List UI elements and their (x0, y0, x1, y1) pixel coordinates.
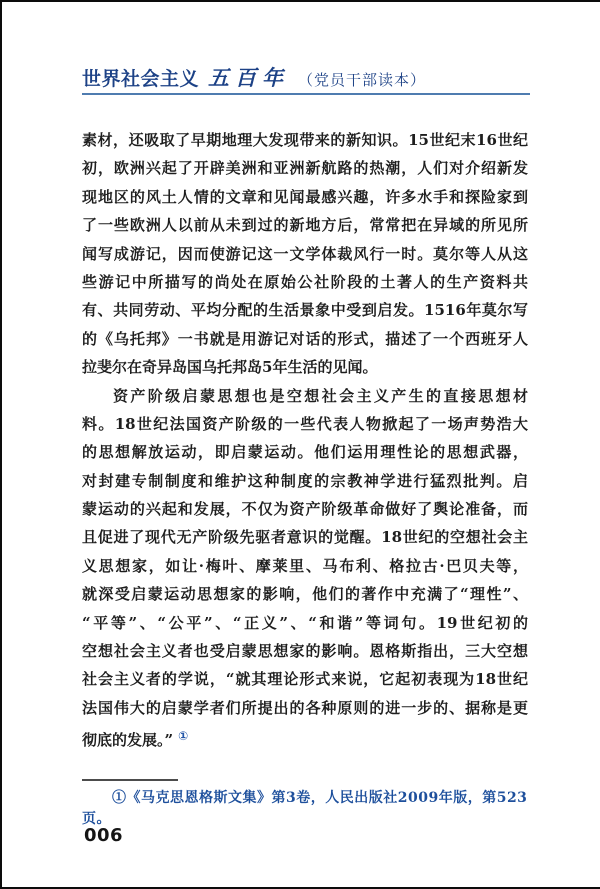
header-rule (82, 93, 530, 95)
body-line: 现地区的风土人情的文章和见闻最感兴趣，许多水手和探险家到 (82, 183, 528, 211)
body-line: 的思想解放运动，即启蒙运动。他们运用理性论的思想武器， (82, 438, 528, 466)
footnote-separator (82, 779, 178, 781)
body-line: 就深受启蒙运动思想家的影响，他们的著作中充满了“理性”、 (82, 580, 528, 608)
body-line: 初，欧洲兴起了开辟美洲和亚洲新航路的热潮，人们对介绍新发 (82, 154, 528, 182)
footnote-reference-mark: ① (178, 729, 188, 743)
book-page: 世界社会主义 五百年 （党员干部读本） 素材，还吸取了早期地理大发现带来的新知识… (0, 0, 600, 889)
body-line: 闻写成游记，因而使游记这一文学体裁风行一时。莫尔等人从这 (82, 240, 528, 268)
body-line: 了一些欧洲人以前从未到过的新地方后，常常把在异域的所见所 (82, 211, 528, 239)
header-book-title: 世界社会主义 (82, 64, 199, 91)
body-line: 彻底的发展。”① (82, 722, 528, 750)
body-line: “平等”、“公平”、“正义”、“和谐”等词句。19世纪初的 (82, 609, 528, 637)
body-line: 的《乌托邦》一书就是用游记对话的形式，描述了一个西班牙人 (82, 325, 528, 353)
body-line: 对封建专制制度和维护这种制度的宗教神学进行猛烈批判。启 (82, 467, 528, 495)
body-line: 蒙运动的兴起和发展，不仅为资产阶级革命做好了舆论准备，而 (82, 495, 528, 523)
body-line: 素材，还吸取了早期地理大发现带来的新知识。15世纪末16世纪 (82, 126, 528, 154)
body-text: 素材，还吸取了早期地理大发现带来的新知识。15世纪末16世纪初，欧洲兴起了开辟美… (82, 126, 528, 751)
body-line: 义思想家，如让·梅叶、摩莱里、马布利、格拉古·巴贝夫等， (82, 552, 528, 580)
body-line: 有、共同劳动、平均分配的生活景象中受到启发。1516年莫尔写 (82, 296, 528, 324)
body-line: 拉斐尔在奇异岛国乌托邦岛5年生活的见闻。 (82, 353, 528, 381)
body-line: 且促进了现代无产阶级先驱者意识的觉醒。18世纪的空想社会主 (82, 523, 528, 551)
page-number: 006 (84, 825, 123, 846)
footnote: ①《马克思恩格斯文集》第3卷，人民出版社2009年版，第523页。 (82, 788, 530, 830)
body-line: 空想社会主义者也受启蒙思想家的影响。恩格斯指出，三大空想 (82, 637, 528, 665)
body-line: 社会主义者的学说，“就其理论形式来说，它起初表现为18世纪 (82, 665, 528, 693)
body-line: 法国伟大的启蒙学者们所提出的各种原则的进一步的、据称是更 (82, 694, 528, 722)
header-book-title-script: 五百年 (208, 62, 289, 92)
body-line: 料。18世纪法国资产阶级的一些代表人物掀起了一场声势浩大 (82, 410, 528, 438)
header-subtitle: （党员干部读本） (298, 69, 426, 90)
body-line: 些游记中所描写的尚处在原始公社阶段的土著人的生产资料共 (82, 268, 528, 296)
running-header: 世界社会主义 五百年 （党员干部读本） (82, 62, 530, 92)
body-line: 资产阶级启蒙思想也是空想社会主义产生的直接思想材 (82, 382, 528, 410)
